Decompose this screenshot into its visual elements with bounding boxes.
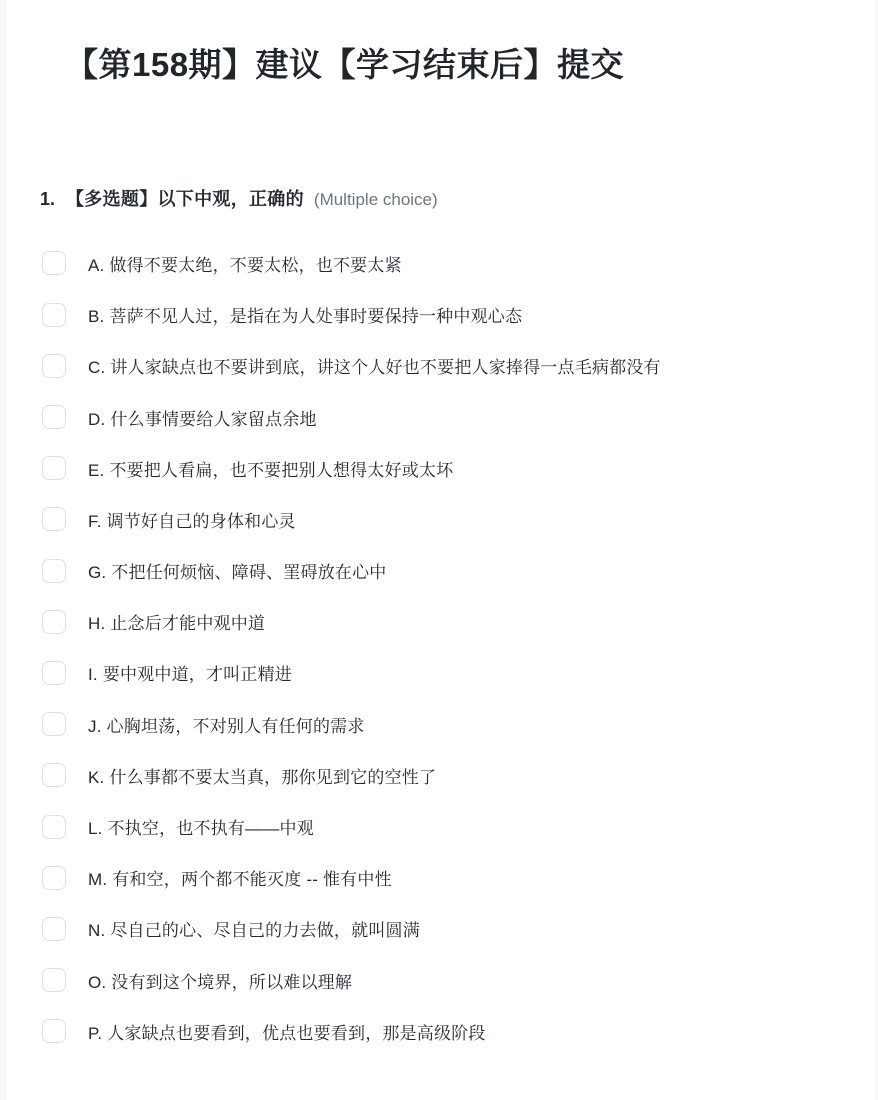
option-checkbox[interactable] — [42, 507, 66, 531]
option-label: A. 做得不要太绝，不要太松，也不要太紧 — [88, 251, 402, 276]
option-checkbox[interactable] — [42, 559, 66, 583]
question-text: 【多选题】以下中观，正确的 — [66, 185, 304, 211]
option-row[interactable]: P. 人家缺点也要看到，优点也要看到，那是高级阶段 — [7, 1006, 875, 1057]
option-checkbox[interactable] — [42, 354, 66, 378]
option-row[interactable]: I. 要中观中道，才叫正精进 — [7, 647, 875, 698]
option-row[interactable]: G. 不把任何烦恼、障碍、罣碍放在心中 — [7, 545, 875, 596]
option-checkbox[interactable] — [42, 405, 66, 429]
option-row[interactable]: L. 不执空，也不执有——中观 — [7, 801, 875, 852]
option-checkbox[interactable] — [42, 661, 66, 685]
option-label: L. 不执空，也不执有——中观 — [88, 814, 314, 839]
option-row[interactable]: B. 菩萨不见人过，是指在为人处事时要保持一种中观心态 — [7, 289, 875, 340]
option-row[interactable]: A. 做得不要太绝，不要太松，也不要太紧 — [7, 238, 875, 289]
option-checkbox[interactable] — [42, 712, 66, 736]
option-label: O. 没有到这个境界，所以难以理解 — [88, 968, 352, 993]
option-label: I. 要中观中道，才叫正精进 — [88, 660, 292, 685]
option-label: C. 讲人家缺点也不要讲到底，讲这个人好也不要把人家捧得一点毛病都没有 — [88, 353, 661, 378]
option-label: K. 什么事都不要太当真，那你见到它的空性了 — [88, 763, 436, 788]
option-row[interactable]: O. 没有到这个境界，所以难以理解 — [7, 955, 875, 1006]
question-block: 1. 【多选题】以下中观，正确的 (Multiple choice) A. 做得… — [7, 185, 875, 1057]
option-row[interactable]: J. 心胸坦荡，不对别人有任何的需求 — [7, 699, 875, 750]
option-row[interactable]: K. 什么事都不要太当真，那你见到它的空性了 — [7, 750, 875, 801]
option-row[interactable]: D. 什么事情要给人家留点余地 — [7, 391, 875, 442]
option-checkbox[interactable] — [42, 917, 66, 941]
option-row[interactable]: H. 止念后才能中观中道 — [7, 596, 875, 647]
option-label: P. 人家缺点也要看到，优点也要看到，那是高级阶段 — [88, 1019, 486, 1044]
option-checkbox[interactable] — [42, 610, 66, 634]
option-checkbox[interactable] — [42, 251, 66, 275]
option-label: G. 不把任何烦恼、障碍、罣碍放在心中 — [88, 558, 386, 583]
option-label: F. 调节好自己的身体和心灵 — [88, 507, 296, 532]
option-label: E. 不要把人看扁，也不要把别人想得太好或太坏 — [88, 456, 453, 481]
option-row[interactable]: N. 尽自己的心、尽自己的力去做，就叫圆满 — [7, 903, 875, 954]
option-row[interactable]: E. 不要把人看扁，也不要把别人想得太好或太坏 — [7, 443, 875, 494]
question-number: 1. — [40, 189, 66, 210]
option-checkbox[interactable] — [42, 866, 66, 890]
question-type-label: (Multiple choice) — [314, 190, 438, 210]
option-checkbox[interactable] — [42, 1019, 66, 1043]
option-label: J. 心胸坦荡，不对别人有任何的需求 — [88, 712, 365, 737]
form-card: 【第158期】建议【学习结束后】提交 1. 【多选题】以下中观，正确的 (Mul… — [7, 0, 875, 1100]
option-checkbox[interactable] — [42, 815, 66, 839]
options-list: A. 做得不要太绝，不要太松，也不要太紧 B. 菩萨不见人过，是指在为人处事时要… — [7, 238, 875, 1057]
option-label: M. 有和空，两个都不能灭度 -- 惟有中性 — [88, 865, 392, 890]
option-label: D. 什么事情要给人家留点余地 — [88, 405, 317, 430]
option-label: H. 止念后才能中观中道 — [88, 609, 265, 634]
option-row[interactable]: F. 调节好自己的身体和心灵 — [7, 494, 875, 545]
question-header: 1. 【多选题】以下中观，正确的 (Multiple choice) — [40, 185, 875, 211]
option-label: N. 尽自己的心、尽自己的力去做，就叫圆满 — [88, 916, 420, 941]
option-row[interactable]: M. 有和空，两个都不能灭度 -- 惟有中性 — [7, 852, 875, 903]
form-title: 【第158期】建议【学习结束后】提交 — [65, 44, 835, 87]
option-checkbox[interactable] — [42, 456, 66, 480]
option-checkbox[interactable] — [42, 303, 66, 327]
option-checkbox[interactable] — [42, 763, 66, 787]
option-checkbox[interactable] — [42, 968, 66, 992]
option-row[interactable]: C. 讲人家缺点也不要讲到底，讲这个人好也不要把人家捧得一点毛病都没有 — [7, 340, 875, 391]
option-label: B. 菩萨不见人过，是指在为人处事时要保持一种中观心态 — [88, 302, 522, 327]
